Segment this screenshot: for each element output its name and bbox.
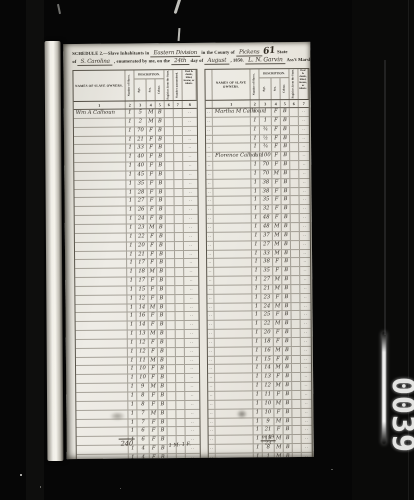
cell-name [75,295,127,303]
cell-num3: 3 [260,100,272,107]
cell-name [213,135,251,143]
cell-fug [167,313,176,321]
cell-sex: F [149,419,158,427]
cell-color: B [282,232,291,240]
cell-no: 1 [129,428,138,436]
cell-age: 10 [262,409,274,417]
cell-dots2: ·· [300,241,310,249]
cell-color: B [282,267,291,275]
cell-man [174,118,183,126]
cell-num2: 3 [135,101,147,108]
cell-color: B [157,198,166,206]
cell-dots2: ·· [301,364,311,372]
cell-name [76,348,128,356]
cell-man [176,383,185,391]
cell-name [216,436,254,444]
cell-no: 1 [128,366,137,374]
deaf-dumb-header: Deaf & dumb, blind, insane, or idiotic. [298,69,308,99]
cell-dots2: ·· [301,347,311,355]
cell-fug [292,364,301,372]
cell-fug [292,356,301,364]
cell-no: 1 [252,303,261,311]
cell-age: 28 [135,189,147,197]
cell-color: B [282,285,291,293]
cell-name [215,365,253,373]
cell-color: B [283,382,292,390]
cell-name [214,206,252,214]
cell-color: B [281,179,290,187]
dust-speck [331,469,333,470]
cell-name [214,268,252,276]
cell-no: 1 [252,241,261,249]
cell-man [174,180,183,188]
cell-age: 48 [261,223,273,231]
cell-dots: ·· [209,445,216,453]
cell-dots2: ·· [183,127,197,135]
cell-dots: ·· [207,277,214,285]
cell-age: 35 [261,197,273,205]
cell-no: 1 [128,331,137,339]
cell-name [77,454,129,459]
cell-fug [165,144,174,152]
cell-color: B [283,391,292,399]
cell-dots2: ·· [302,435,312,443]
cell-no: 1 [128,313,137,321]
cell-age: 40 [135,162,147,170]
cell-no: 1 [252,285,261,293]
cell-age: 70 [260,170,272,178]
cell-no: 1 [252,214,261,222]
cell-age: 100 [260,152,272,160]
cell-dots2: ·· [300,258,310,266]
cell-no: 1 [127,251,136,259]
cell-age: 35 [135,180,147,188]
cell-fug [290,117,299,125]
cell-sex: F [275,427,284,435]
cell-dots: ·· [207,241,214,249]
cell-age: 13 [137,330,149,338]
cell-sex: F [149,366,158,374]
cell-fug [165,118,174,126]
cell-dots2: ·· [185,401,199,409]
census-page: SCHEDULE 2.—Slave Inhabitants in Eastern… [63,42,314,459]
cell-dots: ·· [206,153,213,161]
cell-age: 1 [260,117,272,125]
cell-name [74,136,126,144]
right-table: NAMES OF SLAVE OWNERS. Number of Slaves.… [204,68,313,459]
cell-num1: 2 [126,101,135,108]
cell-no: 1 [251,135,260,143]
cell-fug [167,401,176,409]
cell-name [75,286,127,294]
cell-age: 10 [262,400,274,408]
cell-no: 1 [127,304,136,312]
left-table-header: NAMES OF SLAVE OWNERS. Number of Slaves.… [73,70,196,102]
cell-color: B [282,258,291,266]
cell-sex: F [273,267,282,275]
cell-age: 12 [137,339,149,347]
cell-sex: F [274,329,283,337]
cell-sex: F [150,445,159,453]
day-of-label: day of [191,58,204,63]
cell-name [74,180,126,188]
cell-dots2: ·· [302,453,312,459]
cell-age: 27 [261,276,273,284]
cell-sex: M [147,118,156,126]
cell-color: B [282,276,291,284]
cell-name [76,384,128,392]
cell-fug [292,338,301,346]
cell-color: B [283,409,292,417]
dust-speck [20,474,22,476]
cell-sex: M [149,330,158,338]
number-of-slaves-header: Number of Slaves. [125,70,134,100]
cell-num6: 7 [174,101,183,108]
cell-dots: ·· [208,374,215,382]
cell-color: B [157,268,166,276]
sex-header: Sex. [272,78,281,99]
cell-dots2: ·· [184,295,198,303]
cell-sex: M [273,250,282,258]
enumerated-label: , enumerated by me, on the [114,58,170,63]
cell-color: B [281,108,290,116]
film-scratch [178,28,181,41]
cell-no: 1 [126,145,135,153]
cell-no: 1 [253,338,262,346]
cell-fug [165,171,174,179]
cell-dots2: ·· [299,108,309,116]
cell-fug [291,258,300,266]
cell-name [75,216,127,224]
cell-name [213,144,251,152]
cell-color: B [159,428,168,436]
cell-sex: F [149,348,158,356]
cell-age: 38 [260,188,272,196]
cell-sex: M [273,241,282,249]
cell-name [214,197,252,205]
cell-no: 1 [251,126,260,134]
cell-color: B [158,375,167,383]
cell-no: 1 [127,198,136,206]
age-header: Age. [135,79,147,100]
cell-no: 1 [253,409,262,417]
cell-dots2: ·· [183,144,197,152]
cell-name [76,331,128,339]
cell-fug [291,267,300,275]
cell-dots2: ·· [300,303,310,311]
cell-color: B [156,109,165,117]
cell-age: 35 [261,267,273,275]
cell-name [76,401,128,409]
cell-age: 21 [135,136,147,144]
cell-fug [290,152,299,160]
cell-man [176,339,185,347]
cell-color: B [158,348,167,356]
cell-fug [167,366,176,374]
cell-no: 1 [252,232,261,240]
cell-age: 8 [137,392,149,400]
cell-fug [291,205,300,213]
cell-age: 8 [137,401,149,409]
cell-dots: ·· [207,259,214,267]
cell-fug [167,348,176,356]
cell-man [175,277,184,285]
cell-color: B [282,250,291,258]
cell-age: 12 [137,348,149,356]
cell-age: ¾ [260,144,272,152]
cell-age: 27 [136,198,148,206]
cell-name [215,383,253,391]
cell-fug [166,233,175,241]
cell-age: 14 [137,322,149,330]
cell-dots: ·· [206,180,213,188]
cell-color: B [156,171,165,179]
cell-dots2: ·· [300,205,310,213]
cell-sex: F [148,207,157,215]
cell-color: B [282,197,291,205]
cell-fug [291,232,300,240]
cell-fug [166,286,175,294]
cell-color: B [157,233,166,241]
cell-dots: ·· [206,188,213,196]
cell-dots: ·· [208,356,215,364]
cell-name [213,117,251,125]
cell-fug [293,435,302,443]
cell-name [215,418,253,426]
cell-color: B [282,294,291,302]
cell-fug [291,196,300,204]
cell-name [214,294,252,302]
cell-color: B [281,143,290,151]
cell-color: B [158,339,167,347]
cell-name [76,410,128,418]
cell-fug [166,304,175,312]
cell-dots: ·· [206,144,213,152]
cell-dots2: ·· [300,276,310,284]
cell-sex: F [147,136,156,144]
cell-no: 1 [126,154,135,162]
cell-dots2: ·· [185,418,199,426]
cell-age: 27 [261,241,273,249]
cell-name [75,233,127,241]
cell-age: 1 [263,453,275,459]
cell-age: 13 [262,374,274,382]
manumitted-header: Number manumitted. [173,70,182,100]
marshal-signature: L. N. Garvin [245,56,286,64]
cell-sex: F [148,260,157,268]
cell-name [76,366,128,374]
cell-color: B [282,214,291,222]
cell-age: 17 [136,277,148,285]
cell-name [215,391,253,399]
cell-age: 17 [136,260,148,268]
cell-age: 70 [260,161,272,169]
cell-color: B [283,312,292,320]
cell-dots2: ·· [301,373,311,381]
cell-sex: F [149,375,158,383]
cell-fug [167,357,176,365]
cell-name [76,313,128,321]
cell-name [213,126,251,134]
cell-dots: ·· [207,268,214,276]
cell-no: 1 [253,312,262,320]
cell-name [74,145,126,153]
cell-dots2: ·· [301,417,311,425]
cell-color: B [282,205,291,213]
cell-age: ¾ [260,126,272,134]
cell-name [75,225,127,233]
cell-fug [292,391,301,399]
cell-dots2: ·· [185,348,199,356]
cell-age: 11 [137,357,149,365]
cell-dots: ·· [208,330,215,338]
cell-sex: F [147,171,156,179]
cell-sex: F [272,179,281,187]
cell-sex: F [147,180,156,188]
cell-name: Wm A Calhoun [74,110,126,118]
cell-dots2: ·· [184,197,198,205]
cell-fug [291,303,300,311]
cell-name [75,260,127,268]
cell-fug [165,162,174,170]
slave-schedule-tables: NAMES OF SLAVE OWNERS. Number of Slaves.… [72,68,313,459]
film-scratch-streak [384,60,386,335]
fugitives-header: Fugitives from the State. [289,69,298,99]
cell-dots2: ·· [301,356,311,364]
cell-no: 1 [253,347,262,355]
cell-sex: M [274,400,283,408]
cell-no: 1 [127,233,136,241]
cell-color: B [157,295,166,303]
cell-color: B [158,330,167,338]
cell-sex: M [274,418,283,426]
cell-dots2: ·· [301,409,311,417]
cell-dots2: ·· [185,339,199,347]
cell-dots: ·· [206,162,213,170]
cell-name: Martha M Calhoun [213,108,251,116]
frame-number-label: 0039 [358,370,414,460]
cell-dots2: ·· [185,392,199,400]
cell-dots2: ·· [183,109,197,117]
cell-dots: ·· [207,294,214,302]
cell-no: 1 [127,277,136,285]
cell-name [215,321,253,329]
cell-dots2: ·· [186,427,200,435]
cell-color: B [157,215,166,223]
cell-man [174,136,183,144]
cell-no: 1 [251,108,260,116]
cell-fug [293,426,302,434]
cell-color: B [283,418,292,426]
cell-dots2: ·· [185,365,199,373]
cell-sex: F [272,152,281,160]
cell-no: 1 [127,295,136,303]
cell-color: B [283,373,292,381]
cell-no: 1 [252,259,261,267]
cell-no: 1 [126,118,135,126]
cell-sex: M [272,170,281,178]
cell-dots: ·· [208,418,215,426]
cell-age: 15 [136,286,148,294]
cell-color: B [159,454,168,459]
cell-color: B [158,392,167,400]
cell-dots: ·· [208,392,215,400]
table-row: 14FB·· [77,454,200,459]
cell-color: B [283,338,292,346]
cell-no: 1 [251,153,260,161]
cell-dots: ·· [207,233,214,241]
cell-name [74,189,126,197]
cell-sex: F [274,409,283,417]
cell-age: 9 [137,384,149,392]
age-header: Age. [260,78,272,99]
cell-sex: F [148,295,157,303]
cell-dots2: ·· [299,152,309,160]
cell-age: 11 [262,391,274,399]
cell-fug [166,259,175,267]
cell-dots: ·· [208,383,215,391]
cell-sex: F [148,242,157,250]
cell-no: 1 [127,242,136,250]
cell-no: 1 [253,356,262,364]
cell-dots2: ·· [186,454,200,459]
cell-color: B [158,383,167,391]
cell-fug [165,136,174,144]
cell-man [174,171,183,179]
cell-man [175,242,184,250]
cell-color: B [158,419,167,427]
cell-sex: F [274,312,283,320]
cell-man [174,109,183,117]
cell-name [74,154,126,162]
cell-num4: 5 [156,101,165,108]
cell-dots2: ·· [185,357,199,365]
sex-header: Sex. [147,79,156,100]
cell-man [175,233,184,241]
cell-no: 1 [128,384,137,392]
cell-color: B [281,161,290,169]
cell-no: 1 [128,410,137,418]
right-table-header: NAMES OF SLAVE OWNERS. Number of Slaves.… [205,69,308,101]
cell-fug [166,268,175,276]
cell-sex: M [273,303,282,311]
cell-age: 1 [260,108,272,116]
cell-no: 1 [127,286,136,294]
cell-dots2: ·· [302,444,312,452]
cell-dots2: ·· [301,382,311,390]
cell-man [175,206,184,214]
cell-no: 1 [252,268,261,276]
cell-sex: F [273,197,282,205]
cell-age: 33 [135,145,147,153]
cell-name: Florence Calhoun [213,153,251,161]
right-table-body: 1234567··Martha M Calhoun11FB····11FB···… [206,100,312,459]
cell-fug [165,109,174,117]
cell-dots: ·· [208,312,215,320]
cell-sex: F [272,108,281,116]
cell-age: 18 [262,338,274,346]
cell-dots2: ·· [185,312,199,320]
cell-name [74,127,126,135]
cell-name [75,269,127,277]
cell-no: 1 [252,250,261,258]
cell-dots2: ·· [300,249,310,257]
cell-fug [167,410,176,418]
cell-dots: ·· [206,126,213,134]
month-entry: August [204,58,229,65]
cell-no: 1 [251,144,260,152]
cell-name [215,400,253,408]
